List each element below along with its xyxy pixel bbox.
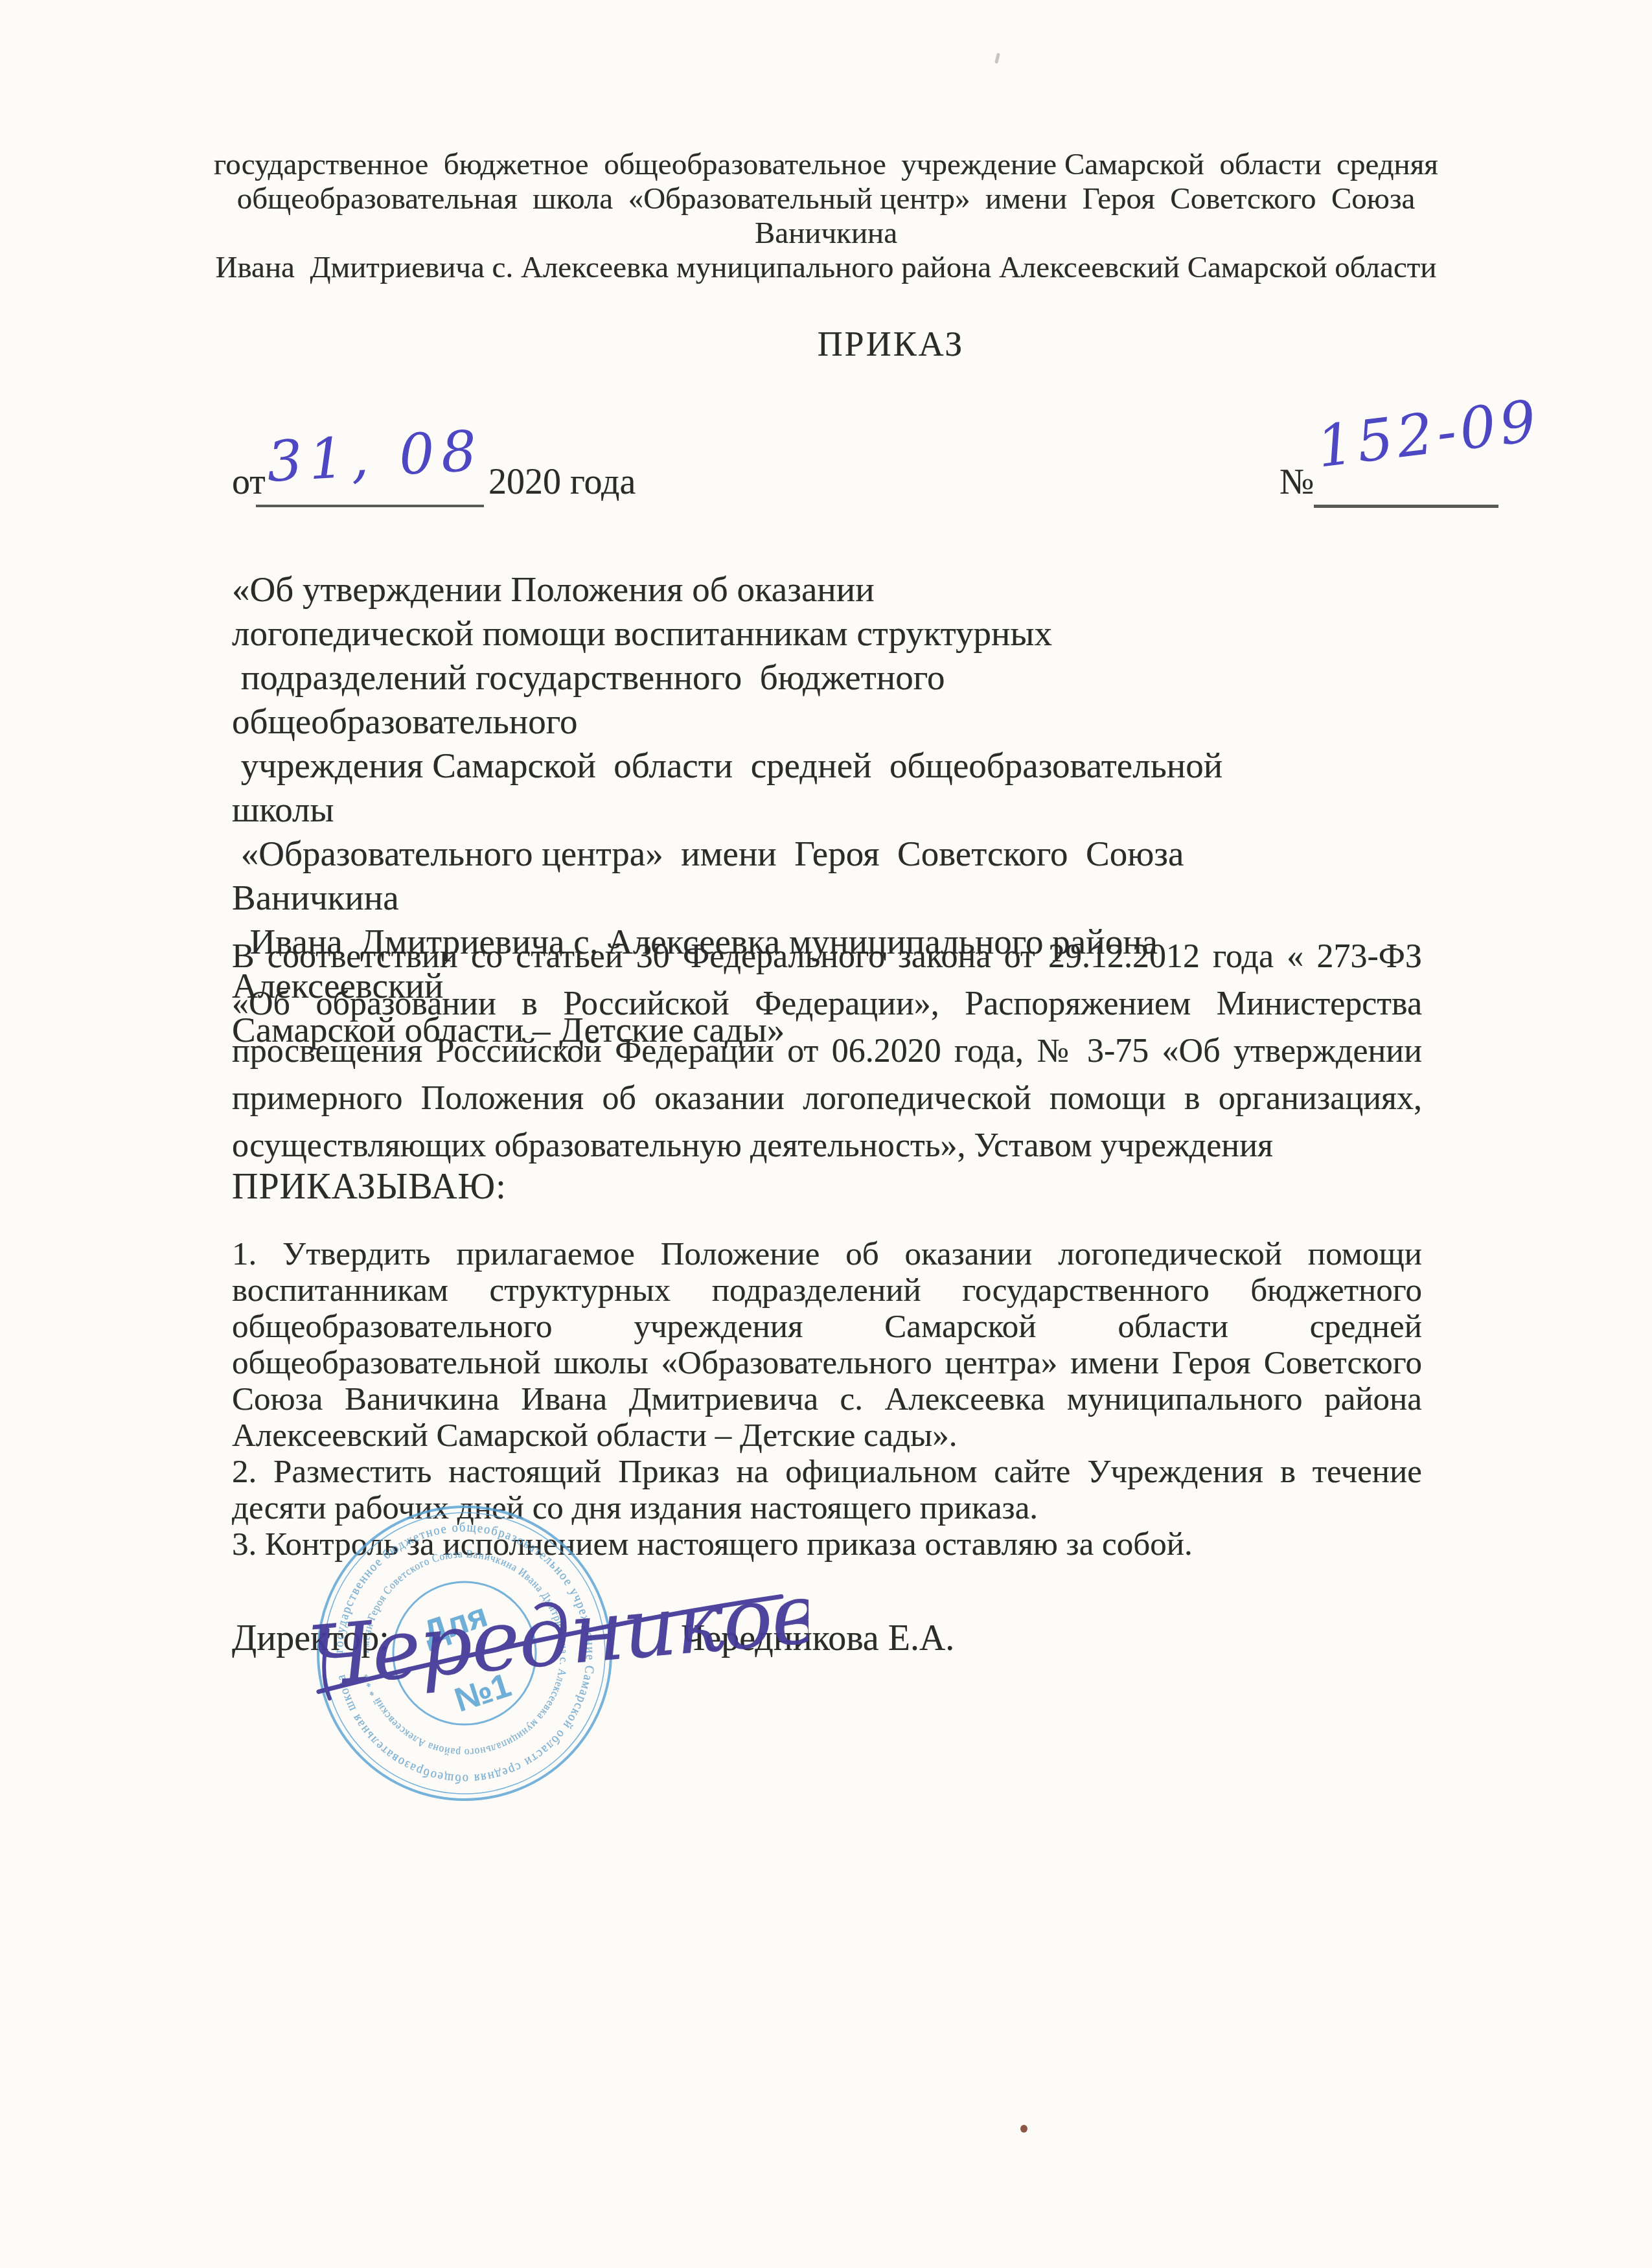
scanned-order-document: государственное бюджетное общеобразовате… (0, 0, 1652, 2268)
letterhead-line-2: общеобразовательная школа «Образовательн… (162, 182, 1490, 251)
date-prefix: от (232, 461, 266, 503)
date-underline (256, 505, 484, 507)
order-item-1: 1. Утвердить прилагаемое Положение об ок… (232, 1236, 1422, 1454)
intro-paragraph: В соответствии со статьей 30 Федеральног… (232, 933, 1422, 1169)
number-sign: № (1279, 461, 1314, 503)
order-verb: ПРИКАЗЫВАЮ: (232, 1166, 507, 1208)
order-title: ПРИКАЗ (233, 324, 1548, 364)
scan-speck-tick (994, 53, 1000, 64)
letterhead-line-3: Ивана Дмитриевича с. Алексеевка муниципа… (162, 251, 1490, 285)
letterhead-line-1: государственное бюджетное общеобразовате… (162, 148, 1490, 182)
handwritten-date: 31, 08 (266, 418, 485, 494)
letterhead: государственное бюджетное общеобразовате… (162, 148, 1490, 285)
director-signature-handwriting: Чередникова (305, 1561, 809, 1706)
number-underline (1314, 505, 1498, 508)
director-signature: Чередникова (290, 1541, 809, 1735)
date-year-label: 2020 года (488, 461, 636, 503)
handwritten-order-number: 152-09 (1313, 387, 1544, 480)
scan-speck-dot (1020, 2125, 1027, 2133)
